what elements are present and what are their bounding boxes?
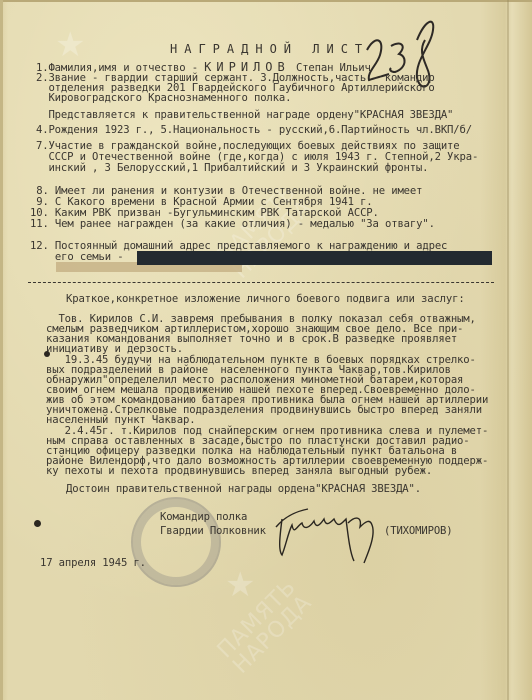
watermark-star-icon: ★	[225, 565, 255, 605]
page-edge-left	[0, 0, 3, 700]
section-divider	[28, 282, 494, 283]
page-edge-top	[0, 0, 532, 2]
document-date: 17 апреля 1945 г.	[40, 558, 146, 568]
citation-line: населенный пункт Чаквар.	[46, 415, 195, 425]
signer-rank: Гвардии Полковник	[160, 526, 266, 536]
citation-line: инициативу и дерзость.	[46, 344, 183, 354]
redaction-bar	[137, 251, 492, 265]
watermark-star-icon: ★	[55, 25, 85, 65]
citation-line: ку пехоты и пехота продвинувшись вперед …	[46, 466, 432, 476]
signer-role: Командир полка	[160, 512, 247, 522]
field-address-family: его семьи -	[30, 252, 123, 262]
field-war-participation-cont: инский , 3 Белорусский,1 Прибалтийский и…	[36, 163, 428, 173]
field-war-participation: 7.Участие в гражданской войне,последующи…	[36, 141, 460, 151]
field-service-since: 9. С Какого времени в Красной Армии с Се…	[30, 197, 373, 207]
handwritten-signature	[268, 505, 398, 565]
summary-heading: Краткое,конкретное изложение личного бое…	[66, 294, 465, 304]
field-position-cont: Кировоградского Краснознаменного полка.	[36, 93, 291, 103]
signer-name: (ТИХОМИРОВ)	[384, 526, 453, 536]
punch-hole	[44, 351, 50, 357]
field-wounds: 8. Имеет ли ранения и контузии в Отечест…	[30, 186, 422, 196]
conclusion-line: Достоин правительственной награды ордена…	[66, 484, 421, 494]
field-previous-awards: 11. Чем ранее награжден (за какие отличи…	[30, 219, 435, 229]
punch-hole	[34, 520, 41, 527]
field-war-participation-cont: СССР и Отечественной войне (где,когда) с…	[36, 152, 478, 162]
document-title: НАГРАДНОЙ ЛИСТ	[170, 42, 369, 56]
field-address: 12. Постоянный домашний адрес представля…	[30, 241, 447, 251]
field-conscription-office: 10. Каким РВК призван -Бугульминским РВК…	[30, 208, 379, 218]
field-birth-nationality-party: 4.Рождения 1923 г., 5.Национальность - р…	[36, 125, 472, 135]
award-presentation: Представляется к правительственной награ…	[36, 110, 453, 120]
page-fold-line	[507, 0, 509, 700]
